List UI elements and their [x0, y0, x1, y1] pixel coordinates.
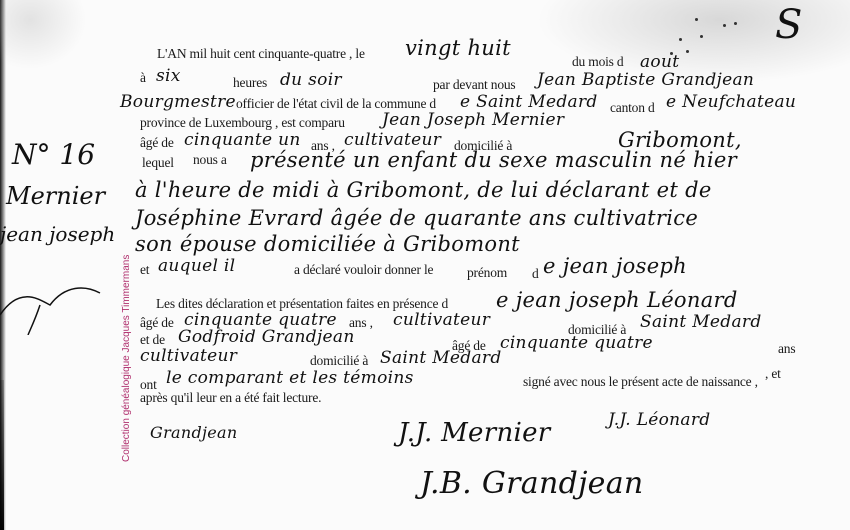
- handwritten-text: auquel il: [158, 256, 235, 276]
- ink-speck: [679, 38, 682, 41]
- handwritten-body: présenté un enfant du sexe masculin né h…: [250, 148, 737, 172]
- handwritten-first-name: e jean joseph: [543, 254, 687, 278]
- printed-text: âgé de: [140, 135, 174, 151]
- handwritten-canton: e Neufchateau: [666, 92, 796, 112]
- printed-text: signé avec nous le présent acte de naiss…: [523, 374, 758, 390]
- printed-text: lequel: [142, 155, 174, 171]
- printed-text: canton d: [610, 100, 655, 116]
- signature-declarant: J.J. Mernier: [398, 418, 551, 448]
- printed-text: d: [532, 266, 539, 282]
- ink-speck: [686, 50, 689, 53]
- handwritten-profession: cultivateur: [344, 130, 441, 150]
- handwritten-signatories: le comparant et les témoins: [166, 368, 414, 388]
- printed-text: par devant nous: [433, 77, 515, 93]
- printed-text: après qu'il leur en a été fait lecture.: [140, 390, 321, 406]
- handwritten-time: du soir: [280, 70, 342, 90]
- signature-witness: J.J. Léonard: [608, 410, 710, 430]
- handwritten-domicile: Saint Medard: [380, 348, 502, 368]
- handwritten-domicile: Saint Medard: [640, 312, 762, 332]
- corner-paraph: S: [775, 2, 802, 48]
- act-number: N° 16: [12, 138, 95, 171]
- handwritten-title: Bourgmestre: [120, 92, 236, 112]
- printed-text: , et: [765, 366, 781, 382]
- handwritten-age: cinquante un: [184, 130, 301, 150]
- handwritten-day: vingt huit: [405, 36, 511, 60]
- handwritten-hour: six: [156, 66, 181, 86]
- margin-surname: Mernier: [6, 182, 105, 210]
- printed-text: et: [140, 262, 149, 278]
- handwritten-witness-1: e jean joseph Léonard: [496, 288, 738, 312]
- printed-text: province de Luxembourg , est comparu: [140, 115, 345, 131]
- handwritten-witness-2: Godfroid Grandjean: [178, 327, 355, 347]
- printed-text: à: [140, 70, 146, 86]
- ink-speck: [700, 35, 703, 38]
- handwritten-declarant: Jean Joseph Mernier: [382, 110, 564, 130]
- handwritten-body: son épouse domiciliée à Gribomont: [135, 232, 520, 256]
- printed-text: prénom: [467, 265, 507, 281]
- ink-speck: [734, 22, 737, 25]
- scan-edge-shadow: [0, 380, 4, 530]
- printed-text: du mois d: [572, 54, 623, 70]
- printed-text: ans: [778, 341, 795, 357]
- signature-left: Grandjean: [150, 423, 238, 442]
- collection-watermark: Collection généalogique Jacques Timmerma…: [121, 255, 132, 462]
- printed-text: heures: [233, 75, 267, 91]
- handwritten-age: cinquante quatre: [500, 333, 653, 353]
- handwritten-body: Joséphine Evrard âgée de quarante ans cu…: [135, 206, 698, 230]
- signature-officer: J.B. Grandjean: [420, 466, 644, 501]
- handwritten-profession: cultivateur: [140, 346, 237, 366]
- printed-text: a déclaré vouloir donner le: [294, 262, 433, 278]
- margin-given-name: jean joseph: [0, 222, 115, 246]
- handwritten-body: à l'heure de midi à Gribomont, de lui dé…: [135, 178, 712, 202]
- handwritten-month: aout: [640, 52, 679, 72]
- printed-text: âgé de: [140, 315, 174, 331]
- ink-speck: [723, 24, 726, 27]
- printed-text: L'AN mil huit cent cinquante-quatre , le: [157, 46, 365, 62]
- handwritten-officer: Jean Baptiste Grandjean: [537, 70, 754, 90]
- printed-text: domicilié à: [310, 353, 368, 369]
- handwritten-commune: e Saint Medard: [460, 92, 598, 112]
- handwritten-profession: cultivateur: [393, 310, 490, 330]
- margin-flourish: [0, 275, 110, 335]
- printed-text: nous a: [193, 152, 227, 168]
- ink-speck: [695, 18, 698, 21]
